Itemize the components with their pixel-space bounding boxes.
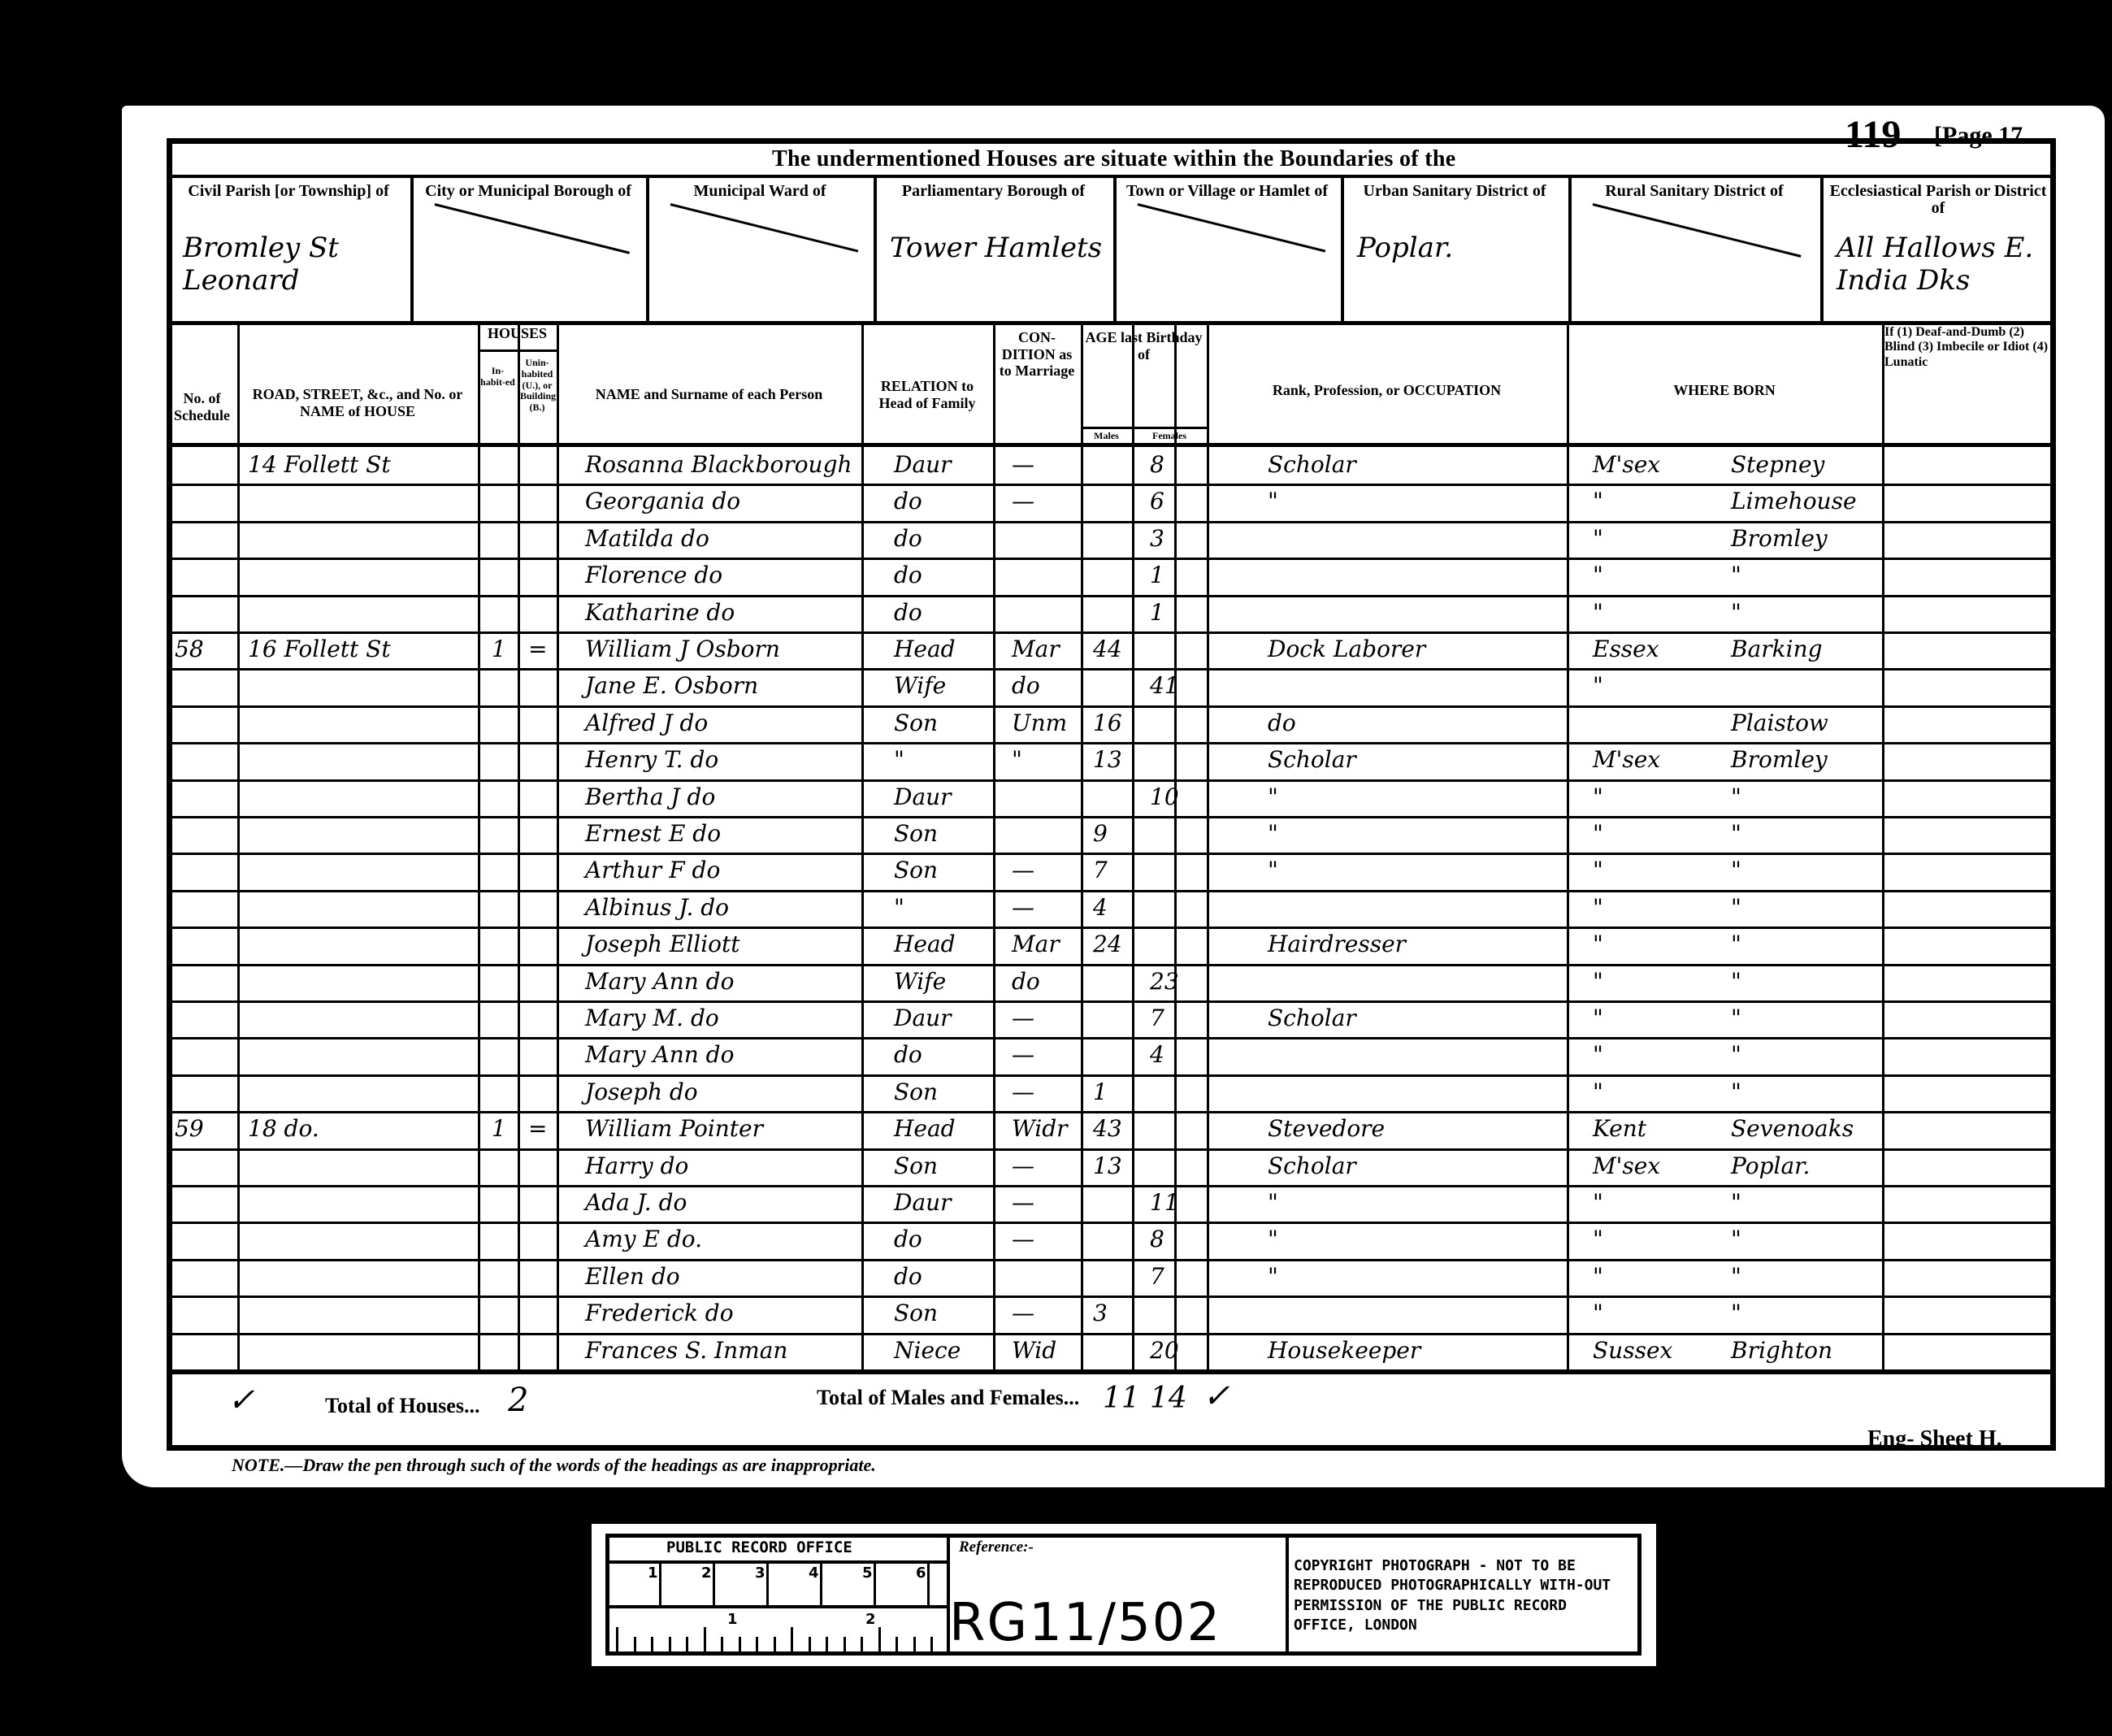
row-occupation: " — [1268, 1226, 1278, 1252]
row-birth-county: " — [1593, 820, 1603, 847]
divider — [874, 175, 877, 321]
row-female-age: 1 — [1150, 562, 1164, 588]
row-relation: Son — [894, 1152, 938, 1179]
row-female-age: 23 — [1150, 968, 1179, 995]
row-occupation: " — [1268, 1263, 1278, 1290]
row-name: Henry T. do — [585, 746, 718, 773]
total-persons-label: Total of Males and Females... — [817, 1386, 1079, 1410]
row-birth-county: " — [1593, 857, 1603, 883]
row-birth-county: " — [1593, 968, 1603, 995]
row-relation: Niece — [894, 1337, 961, 1364]
row-birth-county: " — [1593, 894, 1603, 921]
row-birth-county: " — [1593, 1189, 1603, 1216]
row-condition: " — [1012, 746, 1022, 773]
row-occupation: Scholar — [1268, 451, 1356, 478]
divider — [605, 1560, 947, 1564]
row-birth-place: " — [1731, 857, 1741, 883]
ruler-tick — [704, 1627, 706, 1651]
ruler-number: 1 — [648, 1565, 658, 1582]
ruler-tick — [913, 1637, 916, 1651]
column-divider — [993, 321, 995, 1369]
row-name: Jane E. Osborn — [585, 672, 758, 699]
row-name: Alfred J do — [585, 710, 708, 736]
row-occupation: Dock Laborer — [1268, 636, 1425, 662]
row-name: Katharine do — [585, 599, 735, 626]
row-birth-place: Plaistow — [1731, 710, 1828, 736]
row-relation: Son — [894, 1300, 938, 1326]
row-divider — [167, 484, 2056, 486]
row-condition: Unm — [1012, 710, 1067, 736]
row-birth-county: " — [1593, 783, 1603, 810]
reference-value: RG11/502 — [949, 1593, 1221, 1653]
ruler-tick — [634, 1637, 636, 1651]
row-condition: do — [1012, 672, 1040, 699]
divider — [167, 321, 2056, 325]
total-houses-value: 2 — [508, 1382, 528, 1419]
row-uninhabited: = — [528, 1115, 547, 1142]
row-female-age: 41 — [1150, 672, 1179, 699]
row-birth-place: " — [1731, 894, 1741, 921]
row-occupation: Scholar — [1268, 1152, 1356, 1179]
row-address: 14 Follett St — [248, 451, 391, 478]
row-divider — [167, 779, 2056, 782]
ruler-number: 4 — [809, 1565, 819, 1582]
row-female-age: 11 — [1150, 1189, 1179, 1216]
row-condition: — — [1012, 1300, 1034, 1326]
column-divider — [1567, 321, 1569, 1369]
row-birth-county: " — [1593, 599, 1603, 626]
row-divider — [167, 705, 2056, 708]
region-label: Urban Sanitary District of — [1347, 183, 1562, 200]
row-birth-place: " — [1731, 1226, 1741, 1252]
row-divider — [167, 890, 2056, 892]
divider — [1568, 175, 1572, 321]
row-birth-county: " — [1593, 1263, 1603, 1290]
ruler-number: 2 — [865, 1611, 876, 1628]
row-relation: Head — [894, 636, 956, 662]
row-birth-place: " — [1731, 1189, 1741, 1216]
row-birth-place: Limehouse — [1731, 488, 1857, 514]
region-label: Town or Village or Hamlet of — [1120, 183, 1334, 200]
row-female-age: 10 — [1150, 783, 1179, 810]
region-value: Poplar. — [1357, 232, 1560, 264]
row-condition: do — [1012, 968, 1040, 995]
row-female-age: 3 — [1150, 525, 1164, 552]
row-name: Mary Ann do — [585, 1041, 734, 1068]
row-relation: Son — [894, 820, 938, 847]
row-divider — [167, 964, 2056, 966]
ruler-tick — [669, 1637, 671, 1651]
column-divider — [1882, 321, 1884, 1369]
row-divider — [167, 631, 2056, 634]
record-office-title: PUBLIC RECORD OFFICE — [666, 1539, 852, 1556]
ruler-tick — [861, 1637, 863, 1651]
total-houses-label: Total of Houses... — [325, 1394, 479, 1418]
row-female-age: 6 — [1150, 488, 1164, 514]
row-name: Rosanna Blackborough — [585, 451, 852, 478]
row-occupation: do — [1268, 710, 1296, 736]
row-divider — [167, 1037, 2056, 1039]
row-relation: do — [894, 1041, 922, 1068]
row-birth-place: " — [1731, 1300, 1741, 1326]
row-relation: Wife — [894, 968, 946, 995]
ruler-tick — [791, 1627, 793, 1651]
row-address: 16 Follett St — [248, 636, 391, 662]
page-number: [Page 17 — [1934, 122, 2023, 150]
divider — [1341, 175, 1344, 321]
column-header-age: AGE last Birthday of — [1083, 329, 1204, 362]
row-relation: Son — [894, 857, 938, 883]
row-birth-place: Sevenoaks — [1731, 1115, 1854, 1142]
row-male-age: 4 — [1093, 894, 1108, 921]
column-header-condition: CON-DITION as to Marriage — [995, 329, 1078, 380]
row-divider — [167, 1148, 2056, 1151]
row-male-age: 13 — [1093, 1152, 1122, 1179]
column-divider — [557, 321, 559, 1369]
column-header-inhabited: In-habit-ed — [480, 366, 515, 388]
column-divider — [237, 321, 240, 1369]
region-label: Parliamentary Borough of — [880, 183, 1107, 200]
reference-label: Reference:- — [959, 1539, 1034, 1556]
ruler-division — [874, 1560, 876, 1605]
row-condition: Widr — [1012, 1115, 1068, 1142]
row-condition: — — [1012, 1041, 1034, 1068]
column-divider — [1207, 321, 1209, 1369]
row-relation: Daur — [894, 783, 952, 810]
row-inhabited: 1 — [492, 1115, 506, 1142]
column-header-infirmity: If (1) Deaf-and-Dumb (2) Blind (3) Imbec… — [1884, 325, 2053, 370]
row-male-age: 9 — [1093, 820, 1108, 847]
column-header-females: Females — [1134, 431, 1204, 442]
row-relation: Head — [894, 1115, 956, 1142]
column-header-relation: RELATION to Head of Family — [864, 378, 991, 411]
row-relation: Son — [894, 710, 938, 736]
row-relation: Daur — [894, 451, 952, 478]
row-name: Harry do — [585, 1152, 688, 1179]
row-schedule: 59 — [175, 1115, 204, 1142]
row-birth-county: " — [1593, 1078, 1603, 1105]
footnote: NOTE.—Draw the pen through such of the w… — [232, 1455, 876, 1476]
row-condition: Mar — [1012, 636, 1060, 662]
row-name: Arthur F do — [585, 857, 720, 883]
row-female-age: 20 — [1150, 1337, 1179, 1364]
row-female-age: 4 — [1150, 1041, 1164, 1068]
row-name: Bertha J do — [585, 783, 715, 810]
row-relation: Head — [894, 931, 956, 957]
row-relation: do — [894, 1226, 922, 1252]
ruler-tick — [721, 1637, 723, 1651]
row-male-age: 44 — [1093, 636, 1122, 662]
column-header-where-born: WHERE BORN — [1569, 382, 1880, 399]
folio-number: 119 — [1845, 112, 1901, 157]
row-birth-place: " — [1731, 1041, 1741, 1068]
row-divider — [167, 1295, 2056, 1298]
row-condition: — — [1012, 1078, 1034, 1105]
row-divider — [167, 1333, 2056, 1335]
row-male-age: 13 — [1093, 746, 1122, 773]
row-birth-place: Bromley — [1731, 525, 1828, 552]
row-name: Georgania do — [585, 488, 740, 514]
row-birth-place: Brighton — [1731, 1337, 1832, 1364]
row-birth-county: " — [1593, 672, 1603, 699]
row-name: Joseph do — [585, 1078, 698, 1105]
row-name: Joseph Elliott — [585, 931, 740, 957]
row-name: Florence do — [585, 562, 722, 588]
divider — [1286, 1534, 1289, 1656]
row-divider — [167, 742, 2056, 744]
row-occupation: " — [1268, 1189, 1278, 1216]
row-name: Amy E do. — [585, 1226, 702, 1252]
row-relation: do — [894, 562, 922, 588]
row-male-age: 43 — [1093, 1115, 1122, 1142]
row-condition: — — [1012, 1189, 1034, 1216]
row-female-age: 7 — [1150, 1263, 1164, 1290]
header-divider — [167, 443, 2056, 447]
divider — [605, 1605, 947, 1608]
row-male-age: 3 — [1093, 1300, 1108, 1326]
row-birth-county: " — [1593, 931, 1603, 957]
row-birth-place: " — [1731, 599, 1741, 626]
region-label: Rural Sanitary District of — [1575, 183, 1814, 200]
row-divider — [167, 1000, 2056, 1003]
row-birth-place: " — [1731, 968, 1741, 995]
column-header-road: ROAD, STREET, &c., and No. or NAME of HO… — [240, 386, 475, 419]
region-label: Civil Parish [or Township] of — [173, 183, 404, 200]
row-birth-place: Barking — [1731, 636, 1823, 662]
column-header-houses: HOUSES — [480, 325, 554, 342]
column-divider — [861, 321, 864, 1369]
row-name: Frederick do — [585, 1300, 734, 1326]
page-heading: The undermentioned Houses are situate wi… — [772, 146, 1455, 172]
row-divider — [167, 927, 2056, 929]
row-relation: do — [894, 525, 922, 552]
row-name: Ellen do — [585, 1263, 680, 1290]
row-relation: do — [894, 488, 922, 514]
row-occupation: Hairdresser — [1268, 931, 1406, 957]
ruler-number: 3 — [755, 1565, 765, 1582]
column-header-occupation: Rank, Profession, or OCCUPATION — [1209, 382, 1564, 399]
row-male-age: 24 — [1093, 931, 1122, 957]
divider — [1820, 175, 1824, 321]
row-occupation: Scholar — [1268, 1005, 1356, 1031]
row-birth-county: M'sex — [1593, 451, 1660, 478]
ruler-number: 2 — [701, 1565, 712, 1582]
row-birth-place: " — [1731, 783, 1741, 810]
row-schedule: 58 — [175, 636, 204, 662]
row-name: Mary M. do — [585, 1005, 719, 1031]
column-header-males: Males — [1083, 431, 1130, 442]
row-divider — [167, 1222, 2056, 1224]
region-label: Municipal Ward of — [653, 183, 867, 200]
row-birth-county: " — [1593, 1041, 1603, 1068]
row-relation: do — [894, 1263, 922, 1290]
row-birth-place: " — [1731, 820, 1741, 847]
row-divider — [167, 595, 2056, 597]
column-divider — [1132, 321, 1134, 1369]
row-birth-place: Poplar. — [1731, 1152, 1810, 1179]
ruler-tick — [739, 1637, 741, 1651]
row-condition: Mar — [1012, 931, 1060, 957]
row-birth-county: " — [1593, 1300, 1603, 1326]
row-divider — [167, 521, 2056, 523]
sheet-label: Eng- Sheet H. — [1867, 1426, 2002, 1452]
row-divider — [167, 853, 2056, 855]
column-divider — [1081, 321, 1083, 1369]
column-divider — [478, 321, 480, 1369]
ruler-division — [713, 1560, 715, 1605]
ruler-tick — [774, 1637, 776, 1651]
row-occupation: " — [1268, 783, 1278, 810]
row-occupation: " — [1268, 820, 1278, 847]
row-relation: Wife — [894, 672, 946, 699]
region-label: City or Municipal Borough of — [417, 183, 640, 200]
row-birth-county: " — [1593, 1226, 1603, 1252]
row-birth-county: " — [1593, 562, 1603, 588]
ruler-tick — [756, 1637, 758, 1651]
row-condition: Wid — [1012, 1337, 1056, 1364]
divider — [410, 175, 414, 321]
totals-divider — [167, 1369, 2056, 1374]
region-value: Bromley St Leonard — [183, 232, 402, 297]
row-male-age: 16 — [1093, 710, 1122, 736]
row-birth-county: " — [1593, 488, 1603, 514]
region-value: Tower Hamlets — [890, 232, 1105, 264]
row-occupation: Housekeeper — [1268, 1337, 1420, 1364]
region-value: All Hallows E. India Dks — [1837, 232, 2048, 297]
column-header-uninhabited: Unin-habited (U.), or Building (B.) — [520, 358, 554, 414]
row-address: 18 do. — [248, 1115, 319, 1142]
row-male-age: 1 — [1093, 1078, 1108, 1105]
row-name: Frances S. Inman — [585, 1337, 787, 1364]
divider — [1113, 175, 1117, 321]
row-occupation: Scholar — [1268, 746, 1356, 773]
row-condition: — — [1012, 1152, 1034, 1179]
row-birth-county: Sussex — [1593, 1337, 1672, 1364]
ruler-tick — [896, 1637, 898, 1651]
ruler-division — [766, 1560, 769, 1605]
row-birth-place: Stepney — [1731, 451, 1824, 478]
row-female-age: 8 — [1150, 451, 1164, 478]
row-divider — [167, 1185, 2056, 1187]
row-name: Mary Ann do — [585, 968, 734, 995]
ruler-tick — [843, 1637, 846, 1651]
row-female-age: 7 — [1150, 1005, 1164, 1031]
row-condition: — — [1012, 488, 1034, 514]
divider — [646, 175, 649, 321]
ruler-division — [659, 1560, 661, 1605]
row-birth-place: Bromley — [1731, 746, 1828, 773]
total-females-value: 14 — [1150, 1382, 1187, 1415]
ruler-number: 6 — [916, 1565, 926, 1582]
row-relation: Son — [894, 1078, 938, 1105]
divider — [1081, 427, 1207, 429]
row-divider — [167, 1259, 2056, 1261]
ruler-division — [927, 1560, 930, 1605]
row-name: Ada J. do — [585, 1189, 687, 1216]
column-divider — [518, 321, 520, 1369]
copyright-notice: COPYRIGHT PHOTOGRAPH - NOT TO BE REPRODU… — [1294, 1556, 1619, 1635]
ruler-tick — [686, 1637, 688, 1651]
row-birth-county: Kent — [1593, 1115, 1646, 1142]
ruler-tick — [878, 1627, 881, 1651]
row-relation: Daur — [894, 1189, 952, 1216]
row-divider — [167, 1074, 2056, 1077]
row-name: Matilda do — [585, 525, 709, 552]
row-relation: " — [894, 746, 904, 773]
row-birth-county: Essex — [1593, 636, 1659, 662]
ruler-tick — [616, 1627, 618, 1651]
row-uninhabited: = — [528, 636, 547, 662]
row-birth-county: M'sex — [1593, 746, 1660, 773]
row-condition: — — [1012, 894, 1034, 921]
row-male-age: 7 — [1093, 857, 1108, 883]
row-birth-place: " — [1731, 562, 1741, 588]
row-condition: — — [1012, 451, 1034, 478]
divider — [167, 175, 2056, 178]
total-males-value: 11 — [1103, 1382, 1140, 1415]
ruler-division — [820, 1560, 822, 1605]
row-occupation: " — [1268, 857, 1278, 883]
row-occupation: " — [1268, 488, 1278, 514]
row-birth-place: " — [1731, 1005, 1741, 1031]
row-name: William J Osborn — [585, 636, 780, 662]
row-name: Albinus J. do — [585, 894, 729, 921]
column-header-name: NAME and Surname of each Person — [559, 386, 859, 403]
row-condition: — — [1012, 1226, 1034, 1252]
row-divider — [167, 1111, 2056, 1113]
totals-tick: ✓ — [1203, 1378, 1230, 1415]
row-birth-county: M'sex — [1593, 1152, 1660, 1179]
ruler-tick — [930, 1637, 933, 1651]
row-condition: — — [1012, 857, 1034, 883]
row-divider — [167, 668, 2056, 671]
divider — [478, 349, 557, 352]
row-inhabited: 1 — [492, 636, 506, 662]
row-relation: do — [894, 599, 922, 626]
row-birth-place: " — [1731, 1078, 1741, 1105]
row-occupation: Stevedore — [1268, 1115, 1385, 1142]
row-relation: " — [894, 894, 904, 921]
row-female-age: 8 — [1150, 1226, 1164, 1252]
ruler-tick — [826, 1637, 828, 1651]
ruler-tick — [651, 1637, 653, 1651]
ruler-tick — [809, 1637, 811, 1651]
column-header-schedule: No. of Schedule — [169, 390, 235, 423]
row-birth-county: " — [1593, 525, 1603, 552]
ruler-number: 5 — [862, 1565, 873, 1582]
row-name: Ernest E do — [585, 820, 721, 847]
totals-check-mark: ✓ — [228, 1382, 255, 1419]
row-name: William Pointer — [585, 1115, 763, 1142]
row-female-age: 1 — [1150, 599, 1164, 626]
row-condition: — — [1012, 1005, 1034, 1031]
row-relation: Daur — [894, 1005, 952, 1031]
row-birth-county: " — [1593, 1005, 1603, 1031]
row-birth-place: " — [1731, 931, 1741, 957]
row-birth-place: " — [1731, 1263, 1741, 1290]
ruler-number: 1 — [727, 1611, 738, 1628]
row-divider — [167, 558, 2056, 560]
row-divider — [167, 816, 2056, 818]
region-label: Ecclesiastical Parish or District of — [1827, 183, 2049, 217]
